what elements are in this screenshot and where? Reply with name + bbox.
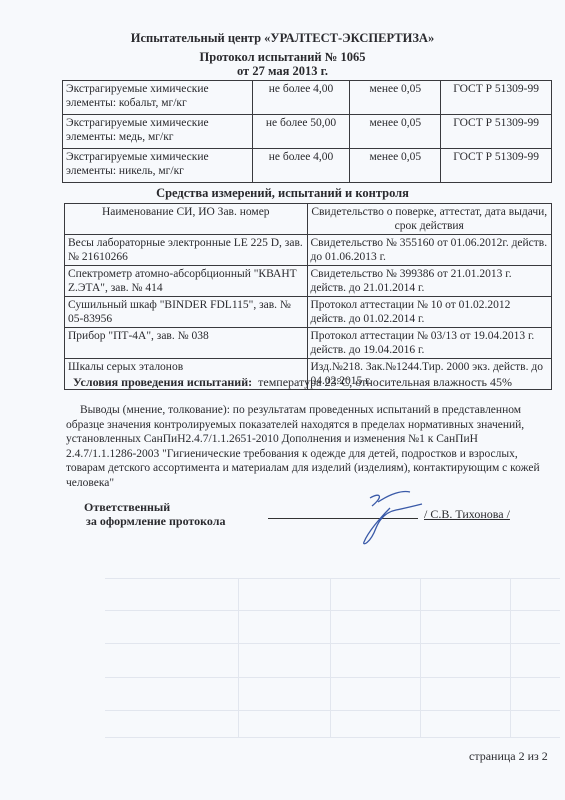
results-cell-norm: не более 4,00	[252, 81, 350, 115]
page-number: страница 2 из 2	[469, 749, 548, 764]
equipment-title: Средства измерений, испытаний и контроля	[0, 186, 565, 201]
results-cell-result: менее 0,05	[350, 149, 441, 183]
equipment-row: Прибор "ПТ-4А", зав. № 038Протокол аттес…	[65, 328, 552, 359]
equipment-cell-cert: Свидетельство № 355160 от 01.06.2012г. д…	[307, 235, 552, 266]
protocol-date: от 27 мая 2013 г.	[0, 64, 565, 79]
results-cell-method: ГОСТ Р 51309-99	[441, 149, 552, 183]
equipment-cell-name: Прибор "ПТ-4А", зав. № 038	[65, 328, 308, 359]
equipment-header-cell: Свидетельство о поверке, аттестат, дата …	[307, 204, 552, 235]
equipment-cell-name: Спектрометр атомно-абсорбционный "КВАНТ …	[65, 266, 308, 297]
equipment-table: Наименование СИ, ИО Зав. номерСвидетельс…	[64, 203, 552, 390]
equipment-row: Спектрометр атомно-абсорбционный "КВАНТ …	[65, 266, 552, 297]
results-cell-result: менее 0,05	[350, 81, 441, 115]
equipment-row: Сушильный шкаф "BINDER FDL115", зав. № 0…	[65, 297, 552, 328]
test-conditions: Условия проведения испытаний: температур…	[73, 375, 512, 390]
results-cell-indicator: Экстрагируемые химические элементы: медь…	[63, 115, 253, 149]
equipment-header-row: Наименование СИ, ИО Зав. номерСвидетельс…	[65, 204, 552, 235]
results-row: Экстрагируемые химические элементы: коба…	[63, 81, 552, 115]
results-cell-method: ГОСТ Р 51309-99	[441, 81, 552, 115]
conditions-value: температура 23°С, относительная влажност…	[258, 375, 512, 389]
center-name: Испытательный центр «УРАЛТЕСТ-ЭКСПЕРТИЗА…	[0, 31, 565, 46]
signature-icon	[350, 488, 430, 548]
conditions-label: Условия проведения испытаний:	[73, 375, 252, 389]
signer-name: / С.В. Тихонова /	[424, 507, 510, 522]
equipment-cell-name: Весы лабораторные электронные LE 225 D, …	[65, 235, 308, 266]
equipment-cell-cert: Свидетельство № 399386 от 21.01.2013 г. …	[307, 266, 552, 297]
results-cell-method: ГОСТ Р 51309-99	[441, 115, 552, 149]
results-row: Экстрагируемые химические элементы: медь…	[63, 115, 552, 149]
results-cell-indicator: Экстрагируемые химические элементы: коба…	[63, 81, 253, 115]
results-row: Экстрагируемые химические элементы: нике…	[63, 149, 552, 183]
results-cell-indicator: Экстрагируемые химические элементы: нике…	[63, 149, 253, 183]
results-cell-norm: не более 4,00	[252, 149, 350, 183]
equipment-cell-cert: Протокол аттестации № 03/13 от 19.04.201…	[307, 328, 552, 359]
results-cell-result: менее 0,05	[350, 115, 441, 149]
results-cell-norm: не более 50,00	[252, 115, 350, 149]
equipment-cell-cert: Протокол аттестации № 10 от 01.02.2012 д…	[307, 297, 552, 328]
signer-role-line1: Ответственный	[84, 500, 170, 515]
signer-role-line2: за оформление протокола	[86, 514, 226, 529]
equipment-row: Весы лабораторные электронные LE 225 D, …	[65, 235, 552, 266]
protocol-title: Протокол испытаний № 1065	[0, 50, 565, 65]
conclusion: Выводы (мнение, толкование): по результа…	[66, 403, 546, 490]
equipment-cell-name: Сушильный шкаф "BINDER FDL115", зав. № 0…	[65, 297, 308, 328]
results-table: Экстрагируемые химические элементы: коба…	[62, 80, 552, 183]
equipment-header-cell: Наименование СИ, ИО Зав. номер	[65, 204, 308, 235]
